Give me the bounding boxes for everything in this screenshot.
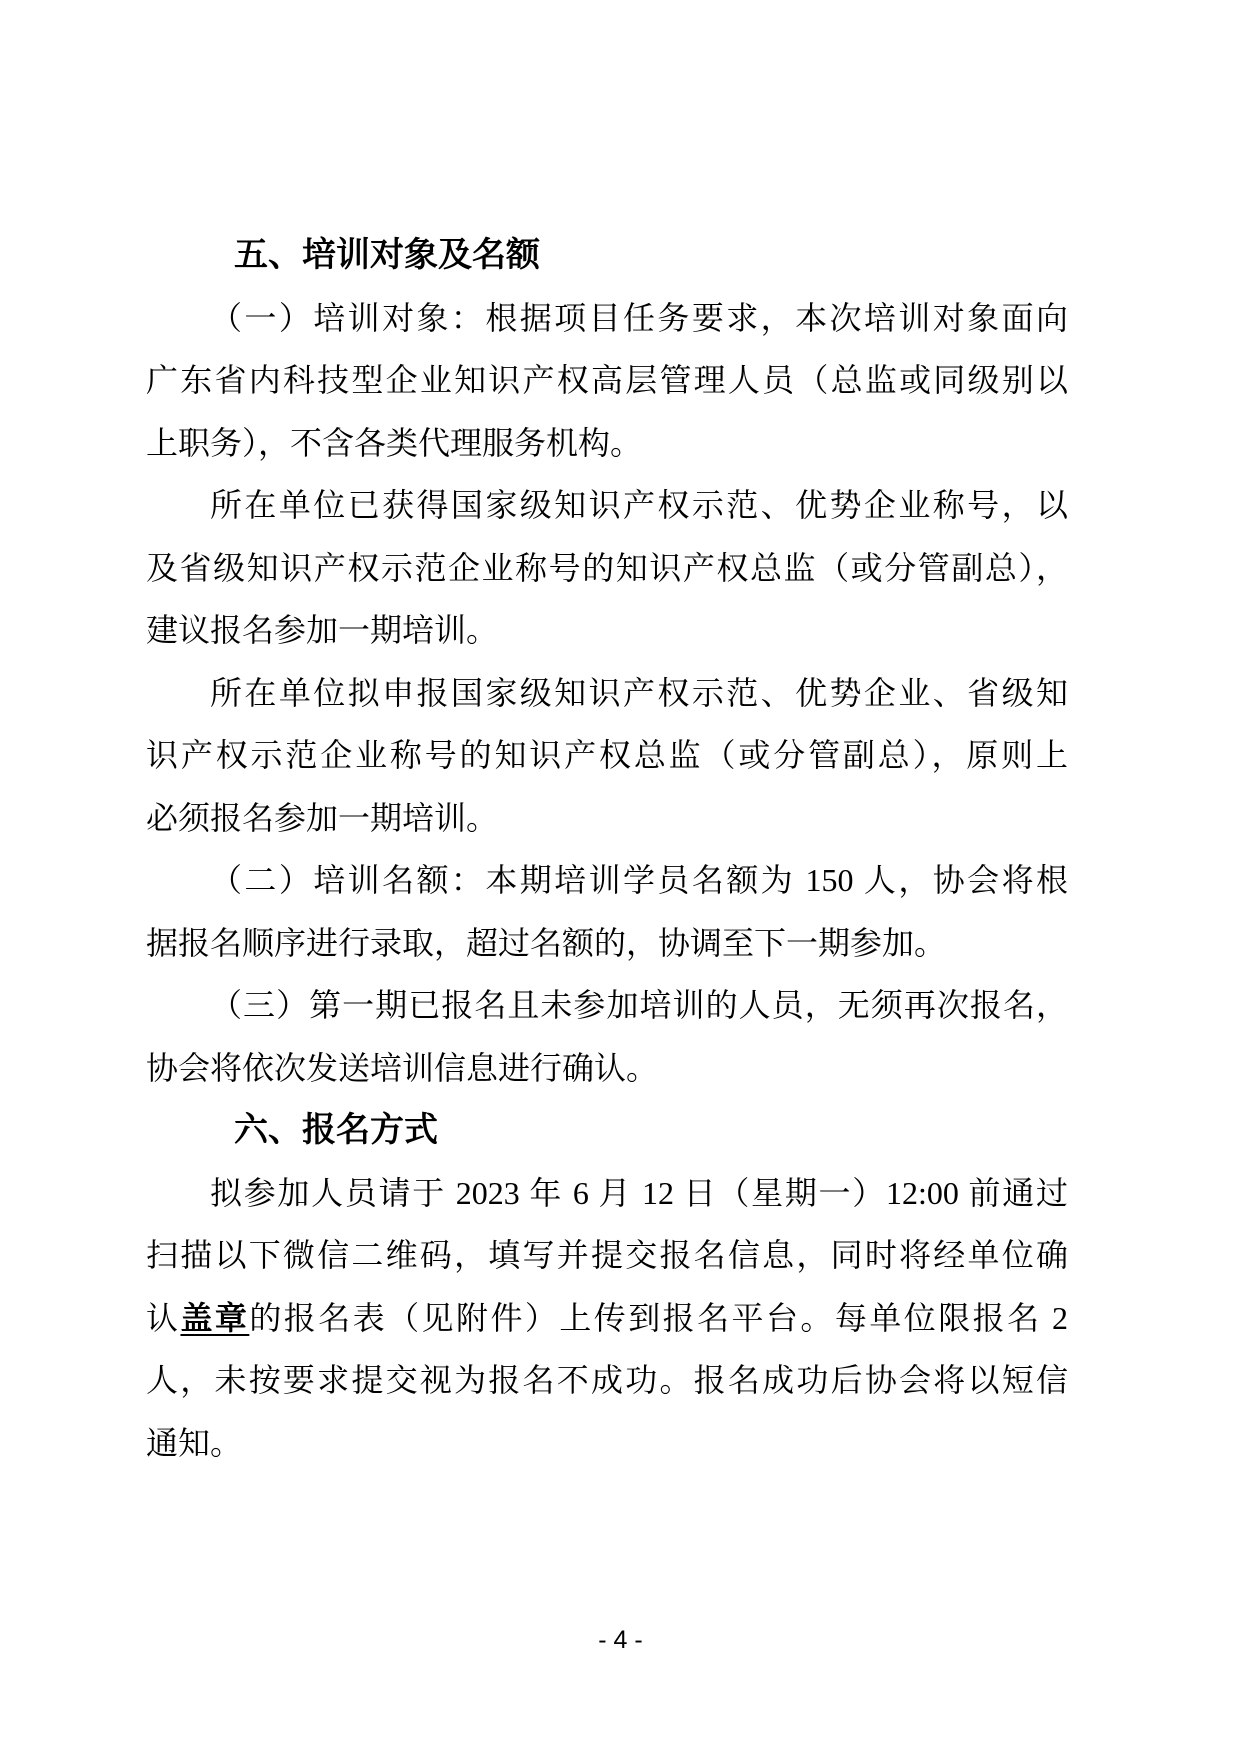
section-heading-5: 五、培训对象及名额 [146, 224, 1068, 287]
text-line: 建议报名参加一期培训。 [146, 599, 1068, 662]
text-line: 据报名顺序进行录取，超过名额的，协调至下一期参加。 [146, 912, 1068, 975]
text-line: 所在单位已获得国家级知识产权示范、优势企业称号，以 [146, 474, 1068, 537]
emphasized-seal-text: 盖章 [180, 1300, 249, 1336]
text-segment: 的报名表（见附件）上传到报名平台。每单位限报名 2 [249, 1300, 1068, 1336]
text-line: 通知。 [146, 1412, 1068, 1475]
text-line: 及省级知识产权示范企业称号的知识产权总监（或分管副总）， [146, 537, 1068, 600]
text-line: 广东省内科技型企业知识产权高层管理人员（总监或同级别以 [146, 349, 1068, 412]
text-segment: 认 [146, 1300, 180, 1336]
text-line: 必须报名参加一期培训。 [146, 787, 1068, 850]
document-body: 五、培训对象及名额 （一）培训对象：根据项目任务要求，本次培训对象面向 广东省内… [146, 224, 1068, 1474]
text-line: 所在单位拟申报国家级知识产权示范、优势企业、省级知 [146, 662, 1068, 725]
section-heading-6: 六、报名方式 [146, 1099, 1068, 1162]
text-line: 认盖章的报名表（见附件）上传到报名平台。每单位限报名 2 [146, 1287, 1068, 1350]
text-line: （一）培训对象：根据项目任务要求，本次培训对象面向 [146, 287, 1068, 350]
page-number: - 4 - [0, 1626, 1241, 1655]
text-line: 上职务），不含各类代理服务机构。 [146, 412, 1068, 475]
text-line: （二）培训名额：本期培训学员名额为 150 人，协会将根 [146, 849, 1068, 912]
text-line: （三）第一期已报名且未参加培训的人员，无须再次报名， [146, 974, 1068, 1037]
text-line: 人，未按要求提交视为报名不成功。报名成功后协会将以短信 [146, 1349, 1068, 1412]
text-line: 扫描以下微信二维码，填写并提交报名信息，同时将经单位确 [146, 1224, 1068, 1287]
text-line: 识产权示范企业称号的知识产权总监（或分管副总），原则上 [146, 724, 1068, 787]
document-page: 五、培训对象及名额 （一）培训对象：根据项目任务要求，本次培训对象面向 广东省内… [0, 0, 1241, 1754]
text-line: 协会将依次发送培训信息进行确认。 [146, 1037, 1068, 1100]
text-line: 拟参加人员请于 2023 年 6 月 12 日（星期一）12:00 前通过 [146, 1162, 1068, 1225]
